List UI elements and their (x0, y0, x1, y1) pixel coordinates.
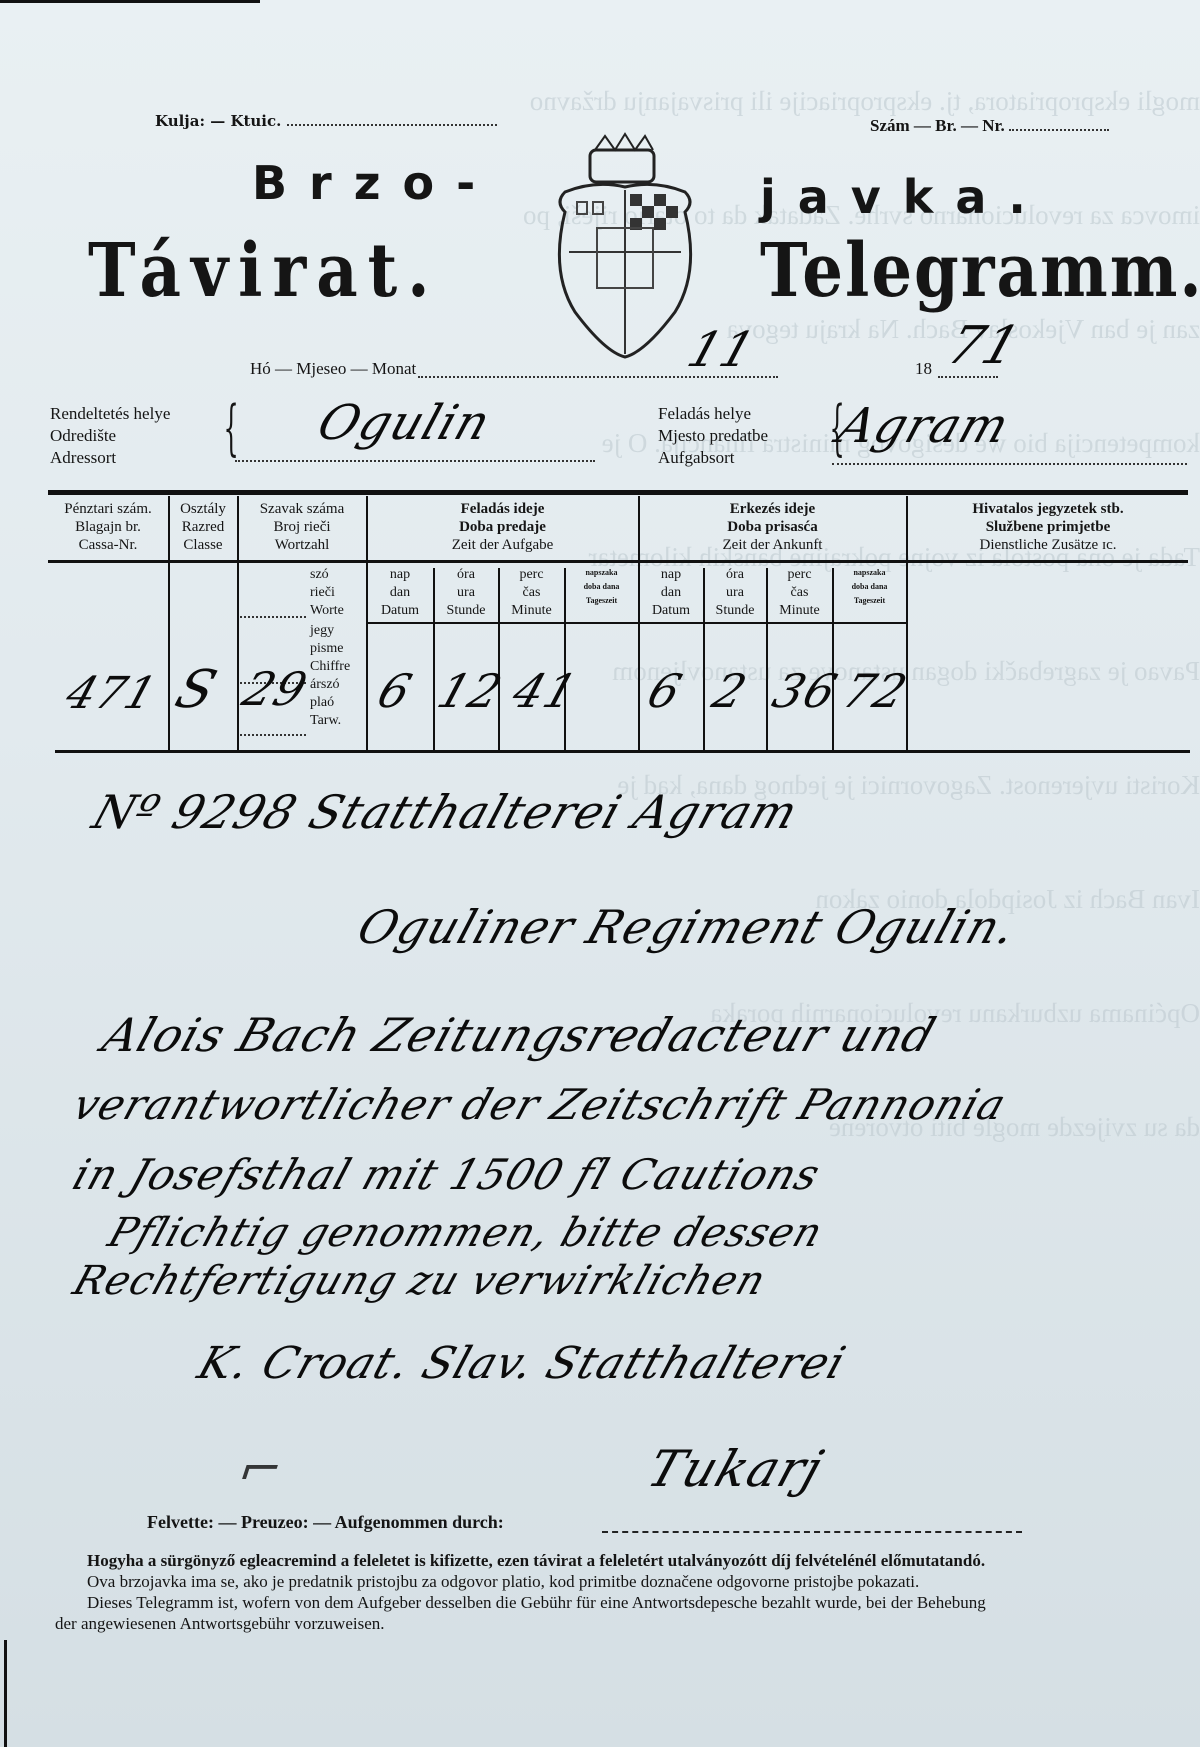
words-dotted (240, 616, 306, 618)
header-cassa: Pénztari szám. Blagajn br. Cassa-Nr. (48, 500, 168, 554)
message-signature-office: K. Croat. Slav. Statthalterei (192, 1338, 852, 1389)
sent-period-header: napszakadoba danaTageszeit (565, 566, 638, 608)
title-brzo: Brzo- (252, 156, 497, 210)
title-telegramm: Telegramm. (760, 228, 1200, 314)
origin-value: Agram (831, 398, 1017, 454)
year-prefix: 18 (915, 358, 932, 380)
words-sublabel: szó rieči Worte (310, 566, 366, 620)
sent-minute-header: percčasMinute (499, 566, 564, 620)
time-subheader-rule (367, 622, 907, 624)
header-arrival-time: Erkezés ideje Doba prisasća Zeit der Ank… (639, 500, 906, 554)
message-line-6: Pflichtig genommen, bitte dessen (103, 1210, 829, 1256)
telegram-page: mogli ekspropriatora, tj. ekspropriacije… (0, 0, 1200, 1747)
year-dotted-line (938, 376, 998, 378)
title-javka: javka. (760, 170, 1048, 224)
arrival-hour-header: órauraStunde (704, 566, 766, 620)
message-line-3: Alois Bach Zeitungsredacteur und (96, 1008, 943, 1062)
header-word-count: Szavak száma Broj rieči Wortzahl (238, 500, 366, 554)
message-signature-name: Tukarj (641, 1440, 831, 1498)
coat-of-arms-icon (535, 132, 715, 362)
table-bottom-rule (55, 750, 1190, 753)
destination-dotted-line (235, 460, 595, 462)
top-edge-line (0, 0, 260, 3)
tariff-sublabel: jegy pisme Chiffre árszó plaó Tarw. (310, 622, 366, 730)
top-left-label: Kulja: — Ktuic. (155, 112, 497, 130)
arrival-period-header: napszakadoba danaTageszeit (833, 566, 906, 608)
sent-hour-header: órauraStunde (434, 566, 498, 620)
header-official-notes: Hivatalos jegyzetek stb. Službene primje… (907, 500, 1189, 554)
origin-labels: Feladás helye Mjesto predatbe Aufgabsort (658, 403, 768, 469)
table-top-rule (48, 490, 1188, 495)
message-line-1: Nº 9298 Statthalterei Agram (86, 785, 805, 839)
number-label: Szám — Br. — Nr. (870, 116, 1109, 136)
message-line-5: in Josefsthal mit 1500 fl Cautions (67, 1150, 827, 1199)
cassa-nr-value: 471 (60, 668, 164, 719)
received-by-line (602, 1531, 1022, 1533)
arrival-minute-header: percčasMinute (767, 566, 832, 620)
footer-notes: Hogyha a sürgönyző egleacremind a felele… (87, 1550, 1197, 1634)
message-line-2: Oguliner Regiment Ogulin. (351, 900, 1023, 954)
tariff-dotted-2 (240, 734, 306, 736)
arrival-day-header: napdanDatum (639, 566, 703, 620)
title-tavirat: Távirat. (88, 228, 440, 314)
date-month-label: Hó — Mjeseo — Monat (250, 358, 416, 380)
received-by-label: Felvette: — Preuzeo: — Aufgenommen durch… (147, 1512, 504, 1533)
sent-day-header: napdanDatum (367, 566, 433, 620)
origin-dotted-line (832, 463, 1187, 465)
table-header-rule (48, 560, 1188, 563)
left-edge-line (4, 1640, 7, 1747)
message-line-7: Rechtfertigung zu verwirklichen (68, 1258, 772, 1304)
destination-brace: { (223, 398, 238, 458)
message-line-4: verantwortlicher der Zeitschrift Pannoni… (67, 1080, 1013, 1129)
header-sent-time: Feladás ideje Doba predaje Zeit der Aufg… (367, 500, 638, 554)
destination-labels: Rendeltetés helye Odredište Adressort (50, 403, 170, 469)
destination-value: Ogulin (311, 395, 498, 451)
header-class: Osztály Razred Classe (168, 500, 238, 554)
